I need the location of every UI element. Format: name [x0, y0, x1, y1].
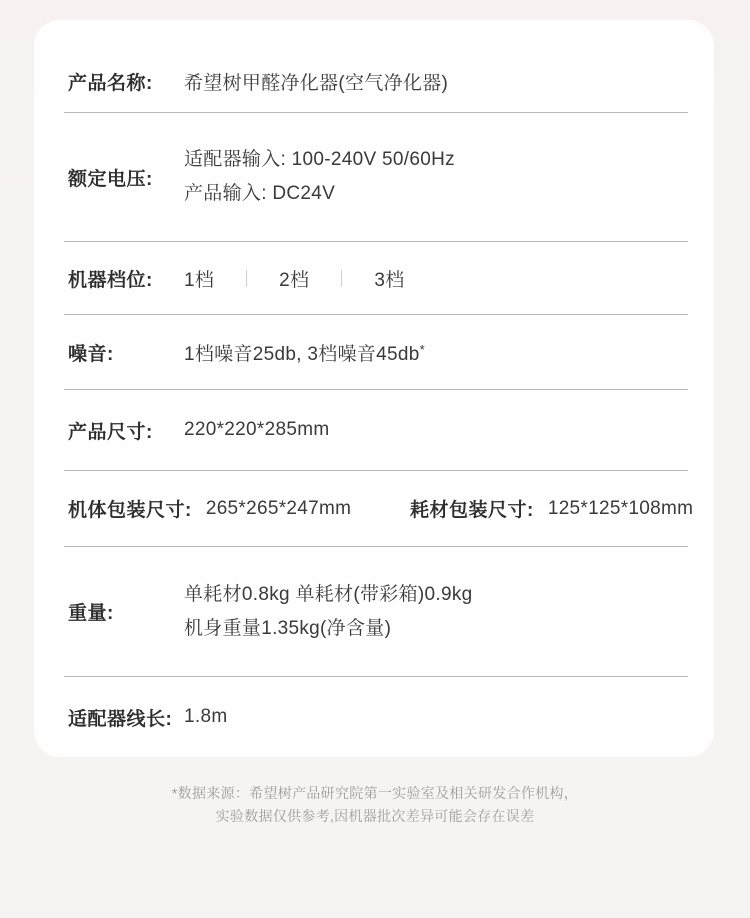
adapter-cable-value: 1.8m [184, 706, 227, 728]
noise-asterisk: * [420, 342, 425, 357]
footnote-line-2: 实验数据仅供参考,因机器批次差异可能会存在误差 [0, 805, 750, 828]
product-name-label: 产品名称: [68, 68, 184, 95]
weight-label: 重量: [68, 598, 184, 625]
spec-row-rated-voltage: 额定电压: 适配器输入: 100-240V 50/60Hz 产品输入: DC24… [64, 113, 688, 242]
data-source-footnote: *数据来源：希望树产品研究院第一实验室及相关研发合作机构， 实验数据仅供参考,因… [0, 782, 750, 828]
spec-row-weight: 重量: 单耗材0.8kg 单耗材(带彩箱)0.9kg 机身重量1.35kg(净含… [64, 547, 688, 677]
spec-row-product-name: 产品名称: 希望树甲醛净化器(空气净化器) [64, 50, 688, 113]
consumable-package-label: 耗材包装尺寸: [410, 495, 534, 522]
noise-value-text: 1档噪音25db, 3档噪音45db [184, 344, 420, 365]
gear-separator-bar [246, 270, 247, 287]
spec-row-product-size: 产品尺寸: 220*220*285mm [64, 390, 688, 471]
consumable-package-group: 耗材包装尺寸: 125*125*108mm [410, 495, 688, 522]
product-size-value: 220*220*285mm [184, 419, 329, 441]
rated-voltage-label: 额定电压: [68, 164, 184, 191]
footnote-line-1: *数据来源：希望树产品研究院第一实验室及相关研发合作机构， [0, 782, 750, 805]
gear-option-2: 2档 [279, 265, 309, 292]
product-name-value: 希望树甲醛净化器(空气净化器) [184, 68, 448, 95]
adapter-input-line: 适配器输入: 100-240V 50/60Hz [184, 143, 455, 177]
consumable-package-value: 125*125*108mm [548, 498, 693, 520]
spec-card: 产品名称: 希望树甲醛净化器(空气净化器) 额定电压: 适配器输入: 100-2… [34, 20, 714, 757]
product-input-line: 产品输入: DC24V [184, 177, 455, 211]
spec-row-package-sizes: 机体包装尺寸: 265*265*247mm 耗材包装尺寸: 125*125*10… [64, 471, 688, 547]
machine-package-group: 机体包装尺寸: 265*265*247mm [68, 495, 410, 522]
gear-separator-bar [341, 270, 342, 287]
spec-row-noise: 噪音: 1档噪音25db, 3档噪音45db* [64, 315, 688, 390]
gear-option-1: 1档 [184, 265, 214, 292]
spec-row-adapter-cable: 适配器线长: 1.8m [64, 677, 688, 757]
gear-option-3: 3档 [374, 265, 404, 292]
rated-voltage-value: 适配器输入: 100-240V 50/60Hz 产品输入: DC24V [184, 143, 455, 211]
gear-levels-label: 机器档位: [68, 265, 184, 292]
spec-row-gear-levels: 机器档位: 1档 2档 3档 [64, 242, 688, 315]
machine-package-label: 机体包装尺寸: [68, 495, 192, 522]
machine-weight-line: 机身重量1.35kg(净含量) [184, 612, 473, 646]
machine-package-value: 265*265*247mm [206, 498, 351, 520]
product-size-label: 产品尺寸: [68, 417, 184, 444]
noise-value: 1档噪音25db, 3档噪音45db* [184, 339, 425, 366]
weight-value: 单耗材0.8kg 单耗材(带彩箱)0.9kg 机身重量1.35kg(净含量) [184, 578, 473, 646]
consumable-weight-line: 单耗材0.8kg 单耗材(带彩箱)0.9kg [184, 578, 473, 612]
noise-label: 噪音: [68, 339, 184, 366]
gear-options: 1档 2档 3档 [184, 265, 405, 292]
product-spec-page: 产品名称: 希望树甲醛净化器(空气净化器) 额定电压: 适配器输入: 100-2… [0, 0, 750, 918]
adapter-cable-label: 适配器线长: [68, 704, 184, 731]
